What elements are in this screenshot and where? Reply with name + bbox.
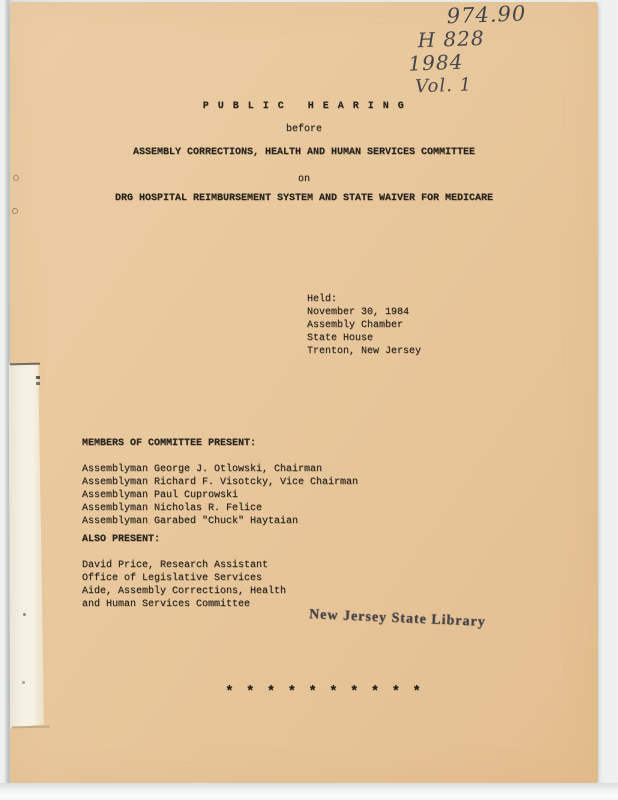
also-present-line: Office of Legislative Services xyxy=(82,572,286,585)
member-name: Assemblyman George J. Otlowski, Chairman xyxy=(82,463,358,476)
scanner-bed-background xyxy=(0,783,618,800)
scan-mark xyxy=(36,376,40,379)
tape-strip xyxy=(8,364,44,728)
hearing-subject: DRG HOSPITAL REIMBURSEMENT SYSTEM AND ST… xyxy=(10,192,598,205)
tape-strip-bottom-edge xyxy=(12,726,50,729)
hearing-venue: Assembly Chamber xyxy=(307,319,421,332)
committee-name: ASSEMBLY CORRECTIONS, HEALTH AND HUMAN S… xyxy=(10,146,598,159)
member-name: Assemblyman Paul Cuprowski xyxy=(82,489,358,502)
call-number-line: Vol. 1 xyxy=(415,70,564,98)
held-label: Held: xyxy=(307,293,421,306)
members-present-list: Assemblyman George J. Otlowski, Chairman… xyxy=(82,463,358,528)
hearing-city: Trenton, New Jersey xyxy=(307,345,421,358)
title-before-label: before xyxy=(10,123,598,136)
title-on-label: on xyxy=(10,173,598,186)
scanned-document: { "colors": { "paper": "#e8c79c", "ink":… xyxy=(0,0,618,800)
tape-strip-top-edge xyxy=(10,363,40,366)
hearing-location-block: Held: November 30, 1984 Assembly Chamber… xyxy=(307,293,421,358)
also-present-line: and Human Services Committee xyxy=(82,598,286,611)
member-name: Assemblyman Garabed "Chuck" Haytaian xyxy=(82,515,358,528)
document-page: 974.90 H 828 1984 Vol. 1 P U B L I C H E… xyxy=(10,2,598,783)
library-stamp: New Jersey State Library xyxy=(309,607,486,631)
members-present-heading: MEMBERS OF COMMITTEE PRESENT: xyxy=(82,437,256,450)
scan-mark xyxy=(36,382,40,385)
document-title: P U B L I C H E A R I N G xyxy=(10,100,598,113)
hearing-date: November 30, 1984 xyxy=(307,306,421,319)
punch-hole-mark xyxy=(13,175,19,181)
punch-hole-mark xyxy=(12,208,18,214)
also-present-line: David Price, Research Assistant xyxy=(82,559,286,572)
handwritten-call-number: 974.90 H 828 1984 Vol. 1 xyxy=(400,1,563,99)
asterisk-separator: * * * * * * * * * * xyxy=(30,686,618,699)
hearing-building: State House xyxy=(307,332,421,345)
member-name: Assemblyman Nicholas R. Felice xyxy=(82,502,358,515)
scan-speck xyxy=(23,613,26,616)
also-present-line: Aide, Assembly Corrections, Health xyxy=(82,585,286,598)
also-present-heading: ALSO PRESENT: xyxy=(82,533,160,546)
also-present-list: David Price, Research Assistant Office o… xyxy=(82,559,286,611)
scan-speck xyxy=(22,681,25,684)
member-name: Assemblyman Richard F. Visotcky, Vice Ch… xyxy=(82,476,358,489)
